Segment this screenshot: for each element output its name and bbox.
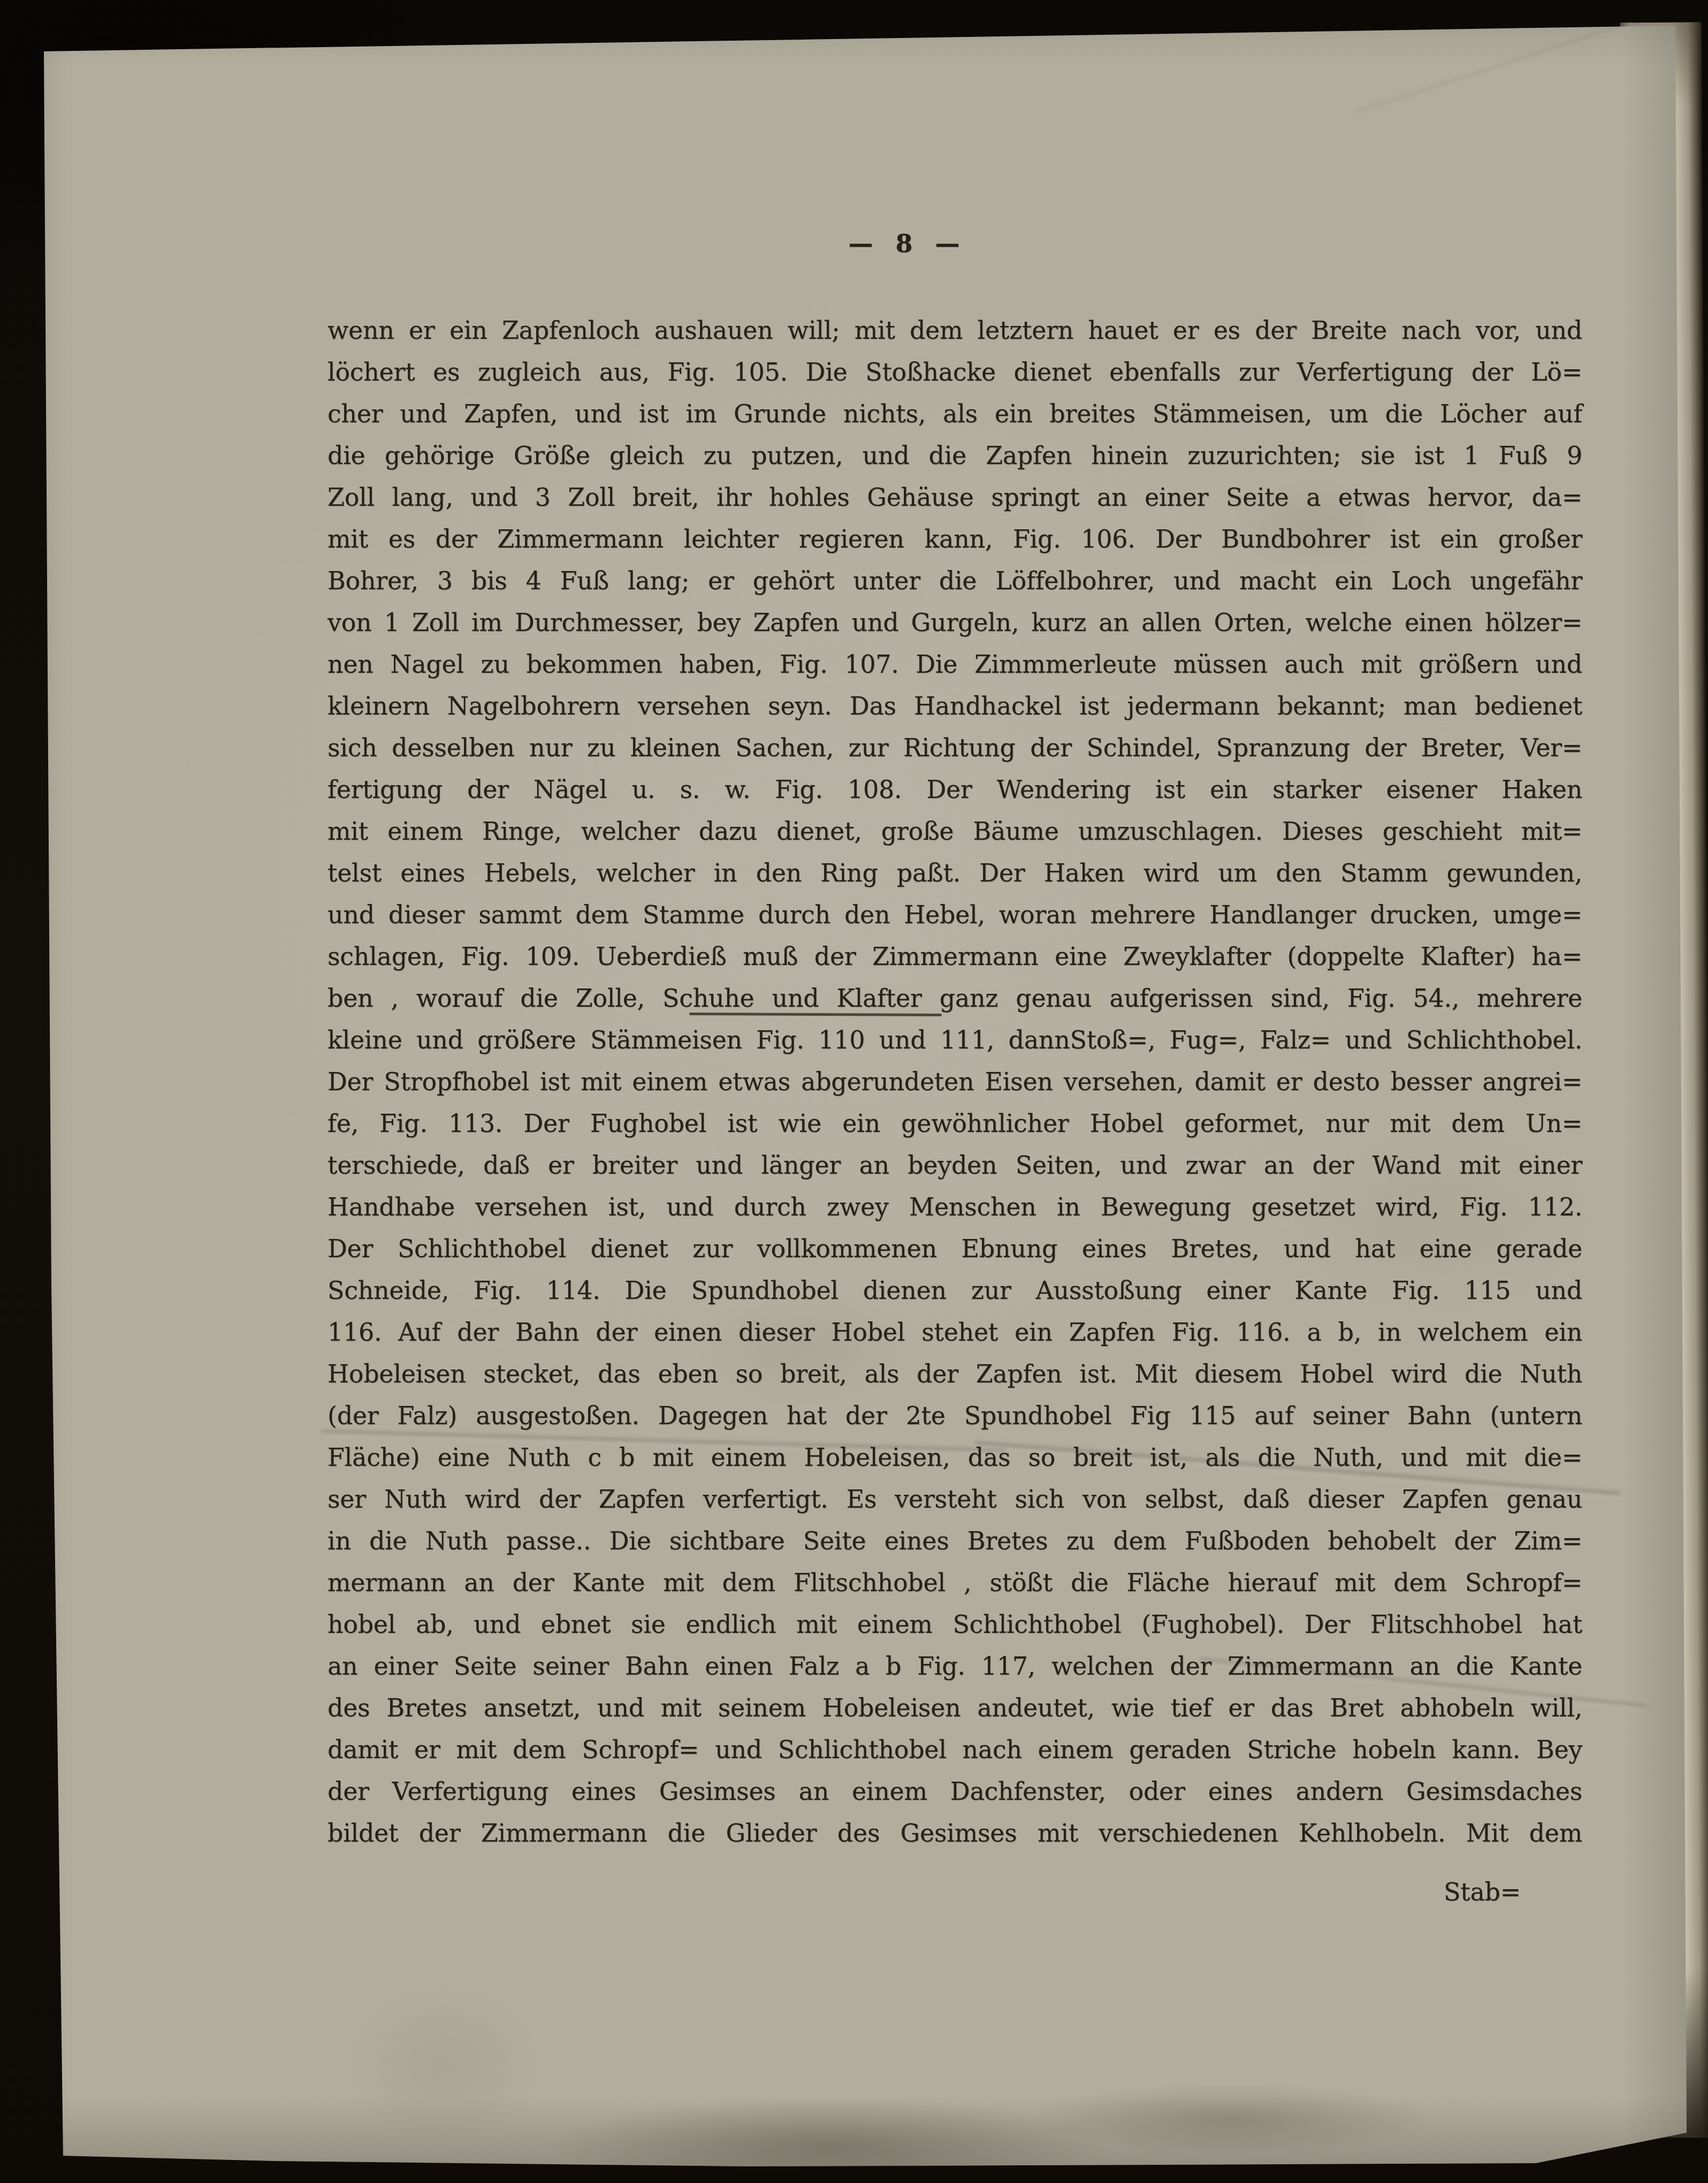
page-number: — 8 — — [277, 229, 1531, 258]
text-line: an einer Seite seiner Bahn einen Falz a … — [327, 1645, 1582, 1687]
text-line: die gehörige Größe gleich zu putzen, und… — [327, 435, 1582, 476]
text-line: schlagen, Fig. 109. Ueberdieß muß der Zi… — [327, 935, 1582, 977]
text-line: mit einem Ringe, welcher dazu dienet, gr… — [327, 810, 1582, 852]
text-line: Fläche) eine Nuth c b mit einem Hobeleis… — [327, 1436, 1582, 1478]
text-line: kleinern Nagelbohrern versehen seyn. Das… — [327, 685, 1582, 727]
text-line: fe, Fig. 113. Der Fughobel ist wie ein g… — [327, 1102, 1582, 1144]
text-line: terschiede, daß er breiter und länger an… — [327, 1144, 1582, 1186]
text-line: nen Nagel zu bekommen haben, Fig. 107. D… — [327, 643, 1582, 685]
text-line: Der Stropfhobel ist mit einem etwas abge… — [327, 1061, 1582, 1102]
text-line: fertigung der Nägel u. s. w. Fig. 108. D… — [327, 769, 1582, 810]
text-line: damit er mit dem Schropf= und Schlichtho… — [327, 1729, 1582, 1770]
text-line: Bohrer, 3 bis 4 Fuß lang; er gehört unte… — [327, 560, 1582, 602]
text-line: ser Nuth wird der Zapfen verfertigt. Es … — [327, 1478, 1582, 1520]
text-line: 116. Auf der Bahn der einen dieser Hobel… — [327, 1311, 1582, 1353]
text-line: und dieser sammt dem Stamme durch den He… — [327, 894, 1582, 935]
text-line: kleine und größere Stämmeisen Fig. 110 u… — [327, 1019, 1582, 1061]
text-line: ben , worauf die Zolle, Schuhe und Klaft… — [327, 977, 1582, 1019]
text-line: löchert es zugleich aus, Fig. 105. Die S… — [327, 351, 1582, 393]
text-line: hobel ab, und ebnet sie endlich mit eine… — [327, 1603, 1582, 1645]
text-line: Schneide, Fig. 114. Die Spundhobel diene… — [327, 1269, 1582, 1311]
text-line: von 1 Zoll im Durchmesser, bey Zapfen un… — [327, 602, 1582, 643]
text-line: Zoll lang, und 3 Zoll breit, ihr hohles … — [327, 476, 1582, 518]
text-line: (der Falz) ausgestoßen. Dagegen hat der … — [327, 1395, 1582, 1436]
text-line: telst eines Hebels, welcher in den Ring … — [327, 852, 1582, 894]
scan-background: — 8 — wenn er ein Zapfenloch aushauen wi… — [0, 0, 1708, 2183]
text-line: mit es der Zimmermann leichter regieren … — [327, 518, 1582, 560]
text-line: Der Schlichthobel dienet zur vollkommene… — [327, 1228, 1582, 1269]
text-line: in die Nuth passe.. Die sichtbare Seite … — [327, 1520, 1582, 1562]
text-line: cher und Zapfen, und ist im Grunde nicht… — [327, 393, 1582, 435]
text-line: Hobeleisen stecket, das eben so breit, a… — [327, 1353, 1582, 1395]
text-line: wenn er ein Zapfenloch aushauen will; mi… — [327, 309, 1582, 351]
text-line: sich desselben nur zu kleinen Sachen, zu… — [327, 727, 1582, 769]
body-text: wenn er ein Zapfenloch aushauen will; mi… — [327, 309, 1582, 1913]
crease-mark — [1355, 18, 1642, 116]
text-line: der Verfertigung eines Gesimses an einem… — [327, 1770, 1582, 1812]
text-line: bildet der Zimmermann die Glieder des Ge… — [327, 1812, 1582, 1854]
text-line: des Bretes ansetzt, und mit seinem Hobel… — [327, 1687, 1582, 1729]
text-line: Handhabe versehen ist, und durch zwey Me… — [327, 1186, 1582, 1228]
catchword: Stab= — [327, 1871, 1582, 1913]
text-line: mermann an der Kante mit dem Flitschhobe… — [327, 1562, 1582, 1603]
page-sheet: — 8 — wenn er ein Zapfenloch aushauen wi… — [0, 0, 1708, 2183]
